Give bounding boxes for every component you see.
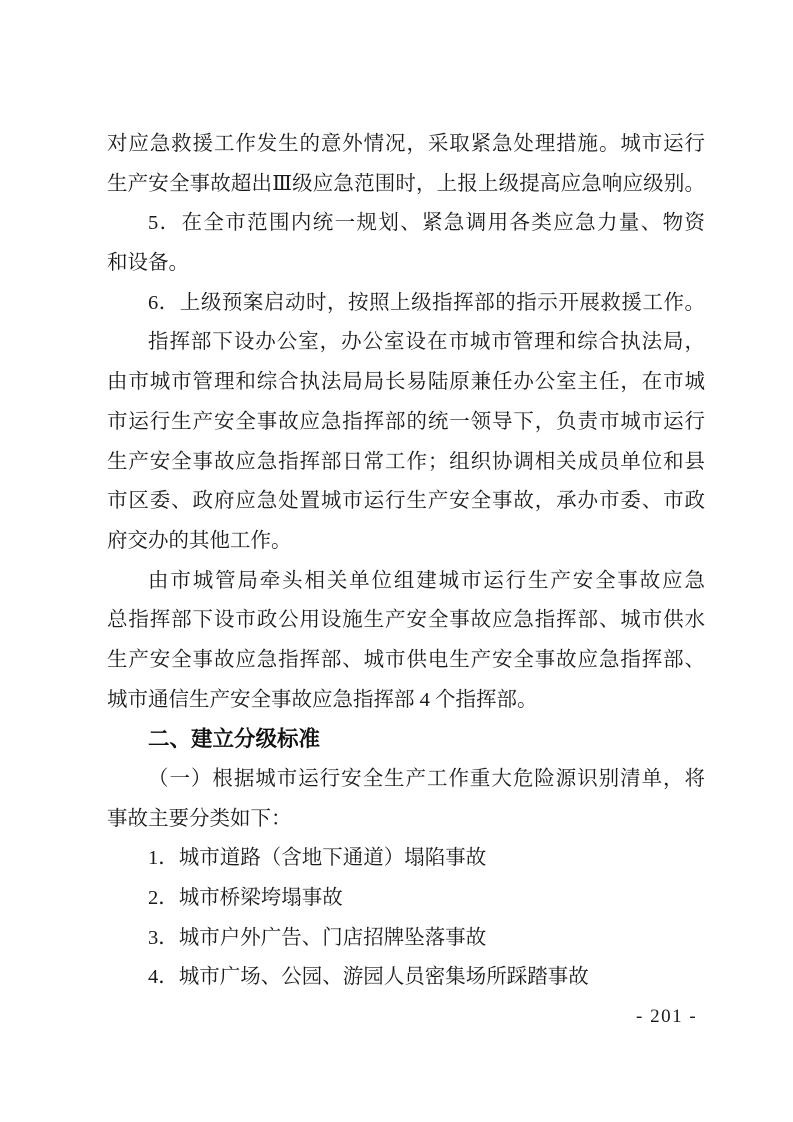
text-line: 生产安全事故超出Ⅲ级应急范围时，上报上级提高应急响应级别。 — [107, 165, 705, 205]
text-line: 5．在全市范围内统一规划、紧急调用各类应急力量、物资 — [107, 204, 705, 244]
text-line: 由市城管局牵头相关单位组建城市运行生产安全事故应急 — [107, 562, 705, 602]
page-number: - 201 - — [636, 1005, 697, 1029]
text-line: 城市通信生产安全事故应急指挥部 4 个指挥部。 — [107, 681, 705, 721]
document-page: 对应急救援工作发生的意外情况，采取紧急处理措施。城市运行生产安全事故超出Ⅲ级应急… — [0, 0, 793, 1122]
text-line: 和设备。 — [107, 244, 705, 284]
text-line: 总指挥部下设市政公用设施生产安全事故应急指挥部、城市供水 — [107, 601, 705, 641]
text-line: 生产安全事故应急指挥部日常工作；组织协调相关成员单位和县 — [107, 443, 705, 483]
text-line: 市运行生产安全事故应急指挥部的统一领导下，负责市城市运行 — [107, 403, 705, 443]
text-line: 对应急救援工作发生的意外情况，采取紧急处理措施。城市运行 — [107, 125, 705, 165]
text-line: 指挥部下设办公室，办公室设在市城市管理和综合执法局， — [107, 323, 705, 363]
text-line: 3．城市户外广告、门店招牌坠落事故 — [107, 919, 705, 959]
text-line: 市区委、政府应急处置城市运行生产安全事故，承办市委、市政 — [107, 482, 705, 522]
text-line: 4．城市广场、公园、游园人员密集场所踩踏事故 — [107, 958, 705, 998]
text-line: （一）根据城市运行安全生产工作重大危险源识别清单，将 — [107, 760, 705, 800]
text-line: 1．城市道路（含地下通道）塌陷事故 — [107, 839, 705, 879]
text-line: 由市城市管理和综合执法局局长易陆原兼任办公室主任，在市城 — [107, 363, 705, 403]
text-line: 府交办的其他工作。 — [107, 522, 705, 562]
document-body: 对应急救援工作发生的意外情况，采取紧急处理措施。城市运行生产安全事故超出Ⅲ级应急… — [107, 125, 705, 998]
section-heading: 二、建立分级标准 — [107, 720, 705, 760]
text-line: 生产安全事故应急指挥部、城市供电生产安全事故应急指挥部、 — [107, 641, 705, 681]
text-line: 2．城市桥梁垮塌事故 — [107, 879, 705, 919]
text-line: 6．上级预案启动时，按照上级指挥部的指示开展救援工作。 — [107, 284, 705, 324]
text-line: 事故主要分类如下： — [107, 800, 705, 840]
